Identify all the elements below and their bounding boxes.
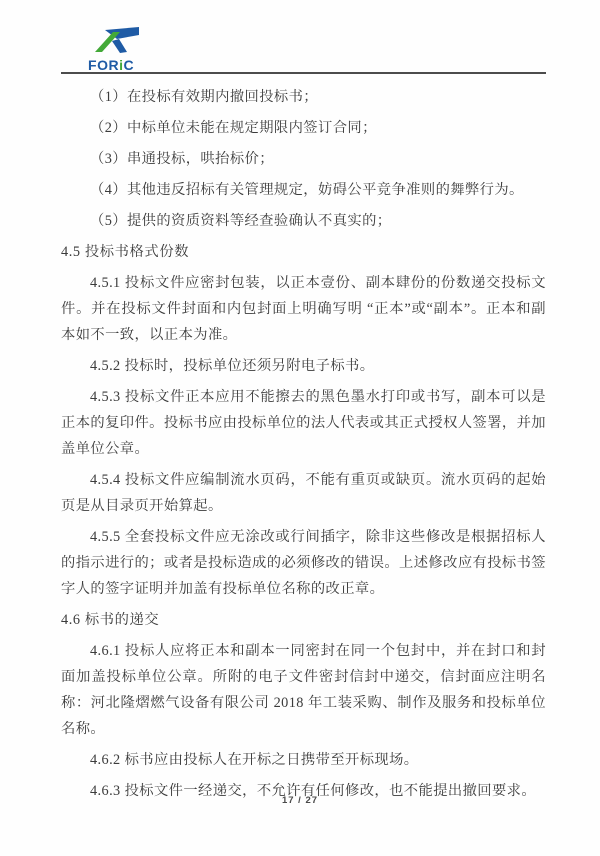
list-item-1: （1）在投标有效期内撤回投标书； [61, 84, 546, 110]
page-footer: 17 / 27 [0, 795, 600, 806]
section-heading-4-5: 4.5 投标书格式份数 [61, 239, 546, 265]
section-heading-4-6: 4.6 标书的递交 [61, 607, 546, 633]
logo-letter-c: C [123, 57, 134, 73]
list-item-4: （4）其他违反招标有关管理规定，妨碍公平竞争准则的舞弊行为。 [61, 177, 546, 203]
paragraph-4-5-3: 4.5.3 投标文件正本应用不能擦去的黑色墨水打印或书写，副本可以是正本的复印件… [61, 384, 546, 462]
header-divider [61, 72, 546, 74]
list-item-2: （2）中标单位未能在规定期限内签订合同； [61, 115, 546, 141]
paragraph-4-5-2: 4.5.2 投标时，投标单位还须另附电子标书。 [61, 353, 546, 379]
foric-logo: FORiC [88, 26, 158, 72]
foric-logo-icon [92, 26, 144, 58]
list-item-3: （3）串通投标，哄抬标价； [61, 146, 546, 172]
document-page: FORiC （1）在投标有效期内撤回投标书； （2）中标单位未能在规定期限内签订… [0, 0, 600, 856]
list-item-5: （5）提供的资质资料等经查验确认不真实的； [61, 208, 546, 234]
paragraph-4-5-1: 4.5.1 投标文件应密封包装，以正本壹份、副本肆份的份数递交投标文件。并在投标… [61, 270, 546, 348]
logo-letters-or: OR [97, 57, 119, 73]
logo-letter-f: F [88, 57, 97, 73]
paragraph-4-6-1: 4.6.1 投标人应将正本和副本一同密封在同一个包封中，并在封口和封面加盖投标单… [61, 638, 546, 742]
document-body: （1）在投标有效期内撤回投标书； （2）中标单位未能在规定期限内签订合同； （3… [61, 84, 546, 809]
paragraph-4-6-2: 4.6.2 标书应由投标人在开标之日携带至开标现场。 [61, 747, 546, 773]
paragraph-4-5-5: 4.5.5 全套投标文件应无涂改或行间插字，除非这些修改是根据招标人的指示进行的… [61, 524, 546, 602]
foric-logo-text: FORiC [88, 58, 158, 72]
paragraph-4-5-4: 4.5.4 投标文件应编制流水页码，不能有重页或缺页。流水页码的起始页是从目录页… [61, 467, 546, 519]
page-number: 17 / 27 [282, 795, 318, 806]
